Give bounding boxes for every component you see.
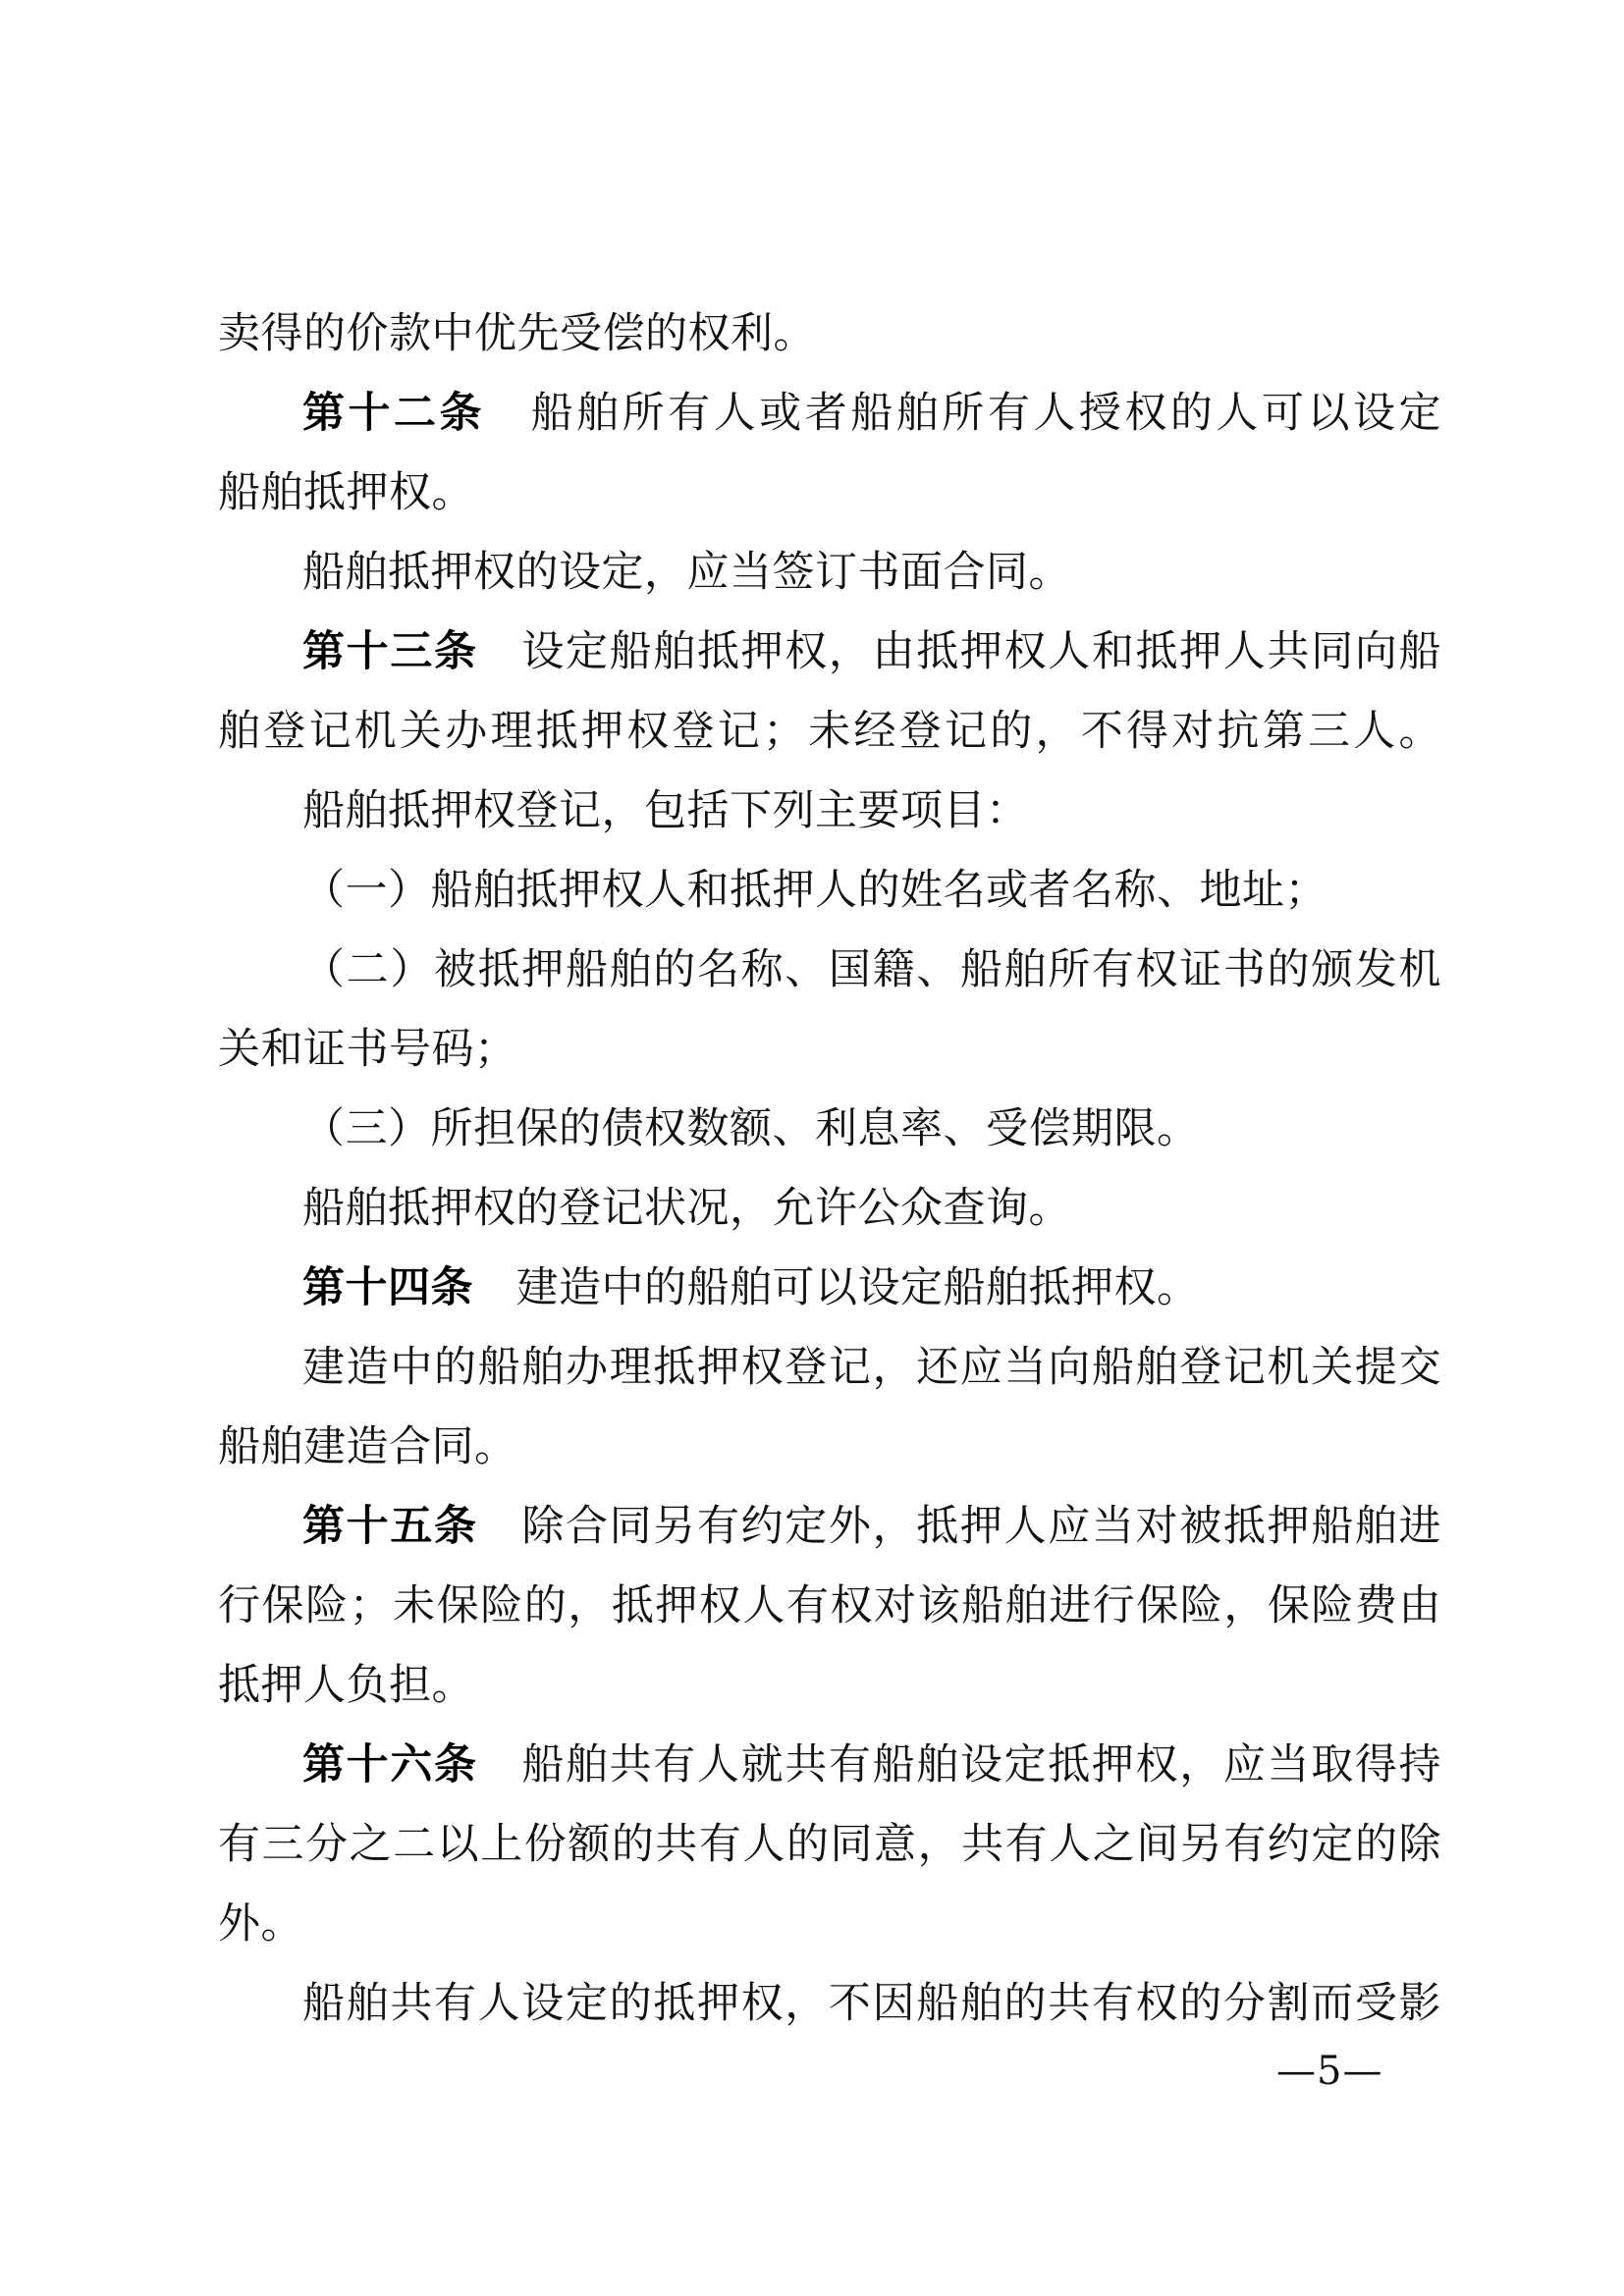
text-line: 舶登记机关办理抵押权登记；未经登记的，不得对抗第三人。 [218, 692, 1441, 772]
line-text: 船舶共有人设定的抵押权，不因船舶的共有权的分割而受影 [302, 1979, 1441, 2028]
text-line: 抵押人负担。 [218, 1646, 1441, 1726]
line-text: 船舶建造合同。 [218, 1422, 517, 1471]
text-line: 船舶共有人设定的抵押权，不因船舶的共有权的分割而受影 [218, 1964, 1441, 2044]
article-start-line: 第十四条 建造中的船舶可以设定船舶抵押权。 [218, 1249, 1441, 1328]
article-number: 第十五条 [302, 1502, 478, 1551]
line-text: 设定船舶抵押权，由抵押权人和抵押人共同向船 [521, 627, 1441, 676]
line-text: 行保险；未保险的，抵押权人有权对该船舶进行保险，保险费由 [218, 1581, 1441, 1630]
article-start-line: 第十二条 船舶所有人或者船舶所有人授权的人可以设定 [218, 374, 1441, 454]
line-text: 船舶共有人就共有船舶设定抵押权，应当取得持 [521, 1740, 1441, 1789]
line-text: 舶登记机关办理抵押权登记；未经登记的，不得对抗第三人。 [218, 707, 1441, 756]
text-line: 有三分之二以上份额的共有人的同意，共有人之间另有约定的除 [218, 1805, 1441, 1885]
article-number: 第十三条 [302, 627, 478, 676]
line-text: 除合同另有约定外，抵押人应当对被抵押船舶进 [521, 1502, 1441, 1551]
line-text: 抵押人负担。 [218, 1661, 474, 1710]
line-text: （二）被抵押船舶的名称、国籍、船舶所有权证书的颁发机 [302, 945, 1441, 994]
text-line: 外。 [218, 1885, 1441, 1964]
line-text: 建造中的船舶可以设定船舶抵押权。 [516, 1263, 1200, 1312]
line-text: 卖得的价款中优先受偿的权利。 [218, 309, 816, 358]
document-page: 卖得的价款中优先受偿的权利。第十二条 船舶所有人或者船舶所有人授权的人可以设定船… [0, 0, 1624, 2296]
page-number: —5— [1276, 2048, 1443, 2095]
line-text: 船舶抵押权的设定，应当签订书面合同。 [302, 548, 1071, 597]
article-number: 第十六条 [302, 1740, 478, 1789]
article-number: 第十二条 [302, 389, 485, 438]
article-start-line: 第十五条 除合同另有约定外，抵押人应当对被抵押船舶进 [218, 1487, 1441, 1567]
text-line: 船舶建造合同。 [218, 1408, 1441, 1487]
line-text: 船舶抵押权登记，包括下列主要项目： [302, 786, 1029, 835]
line-text: （三）所担保的债权数额、利息率、受偿期限。 [302, 1104, 1200, 1153]
text-line: 船舶抵押权的设定，应当签订书面合同。 [218, 533, 1441, 613]
article-start-line: 第十六条 船舶共有人就共有船舶设定抵押权，应当取得持 [218, 1726, 1441, 1805]
line-text: 关和证书号码； [218, 1025, 517, 1074]
text-line: 船舶抵押权的登记状况，允许公众查询。 [218, 1169, 1441, 1249]
text-line: （一）船舶抵押权人和抵押人的姓名或者名称、地址； [218, 851, 1441, 931]
document-body: 卖得的价款中优先受偿的权利。第十二条 船舶所有人或者船舶所有人授权的人可以设定船… [218, 294, 1441, 2044]
line-text: （一）船舶抵押权人和抵押人的姓名或者名称、地址； [302, 866, 1327, 915]
text-line: （二）被抵押船舶的名称、国籍、船舶所有权证书的颁发机 [218, 931, 1441, 1010]
text-line: 关和证书号码； [218, 1010, 1441, 1090]
text-line: 卖得的价款中优先受偿的权利。 [218, 294, 1441, 374]
line-text: 建造中的船舶办理抵押权登记，还应当向船舶登记机关提交 [302, 1343, 1441, 1392]
text-line: 行保险；未保险的，抵押权人有权对该船舶进行保险，保险费由 [218, 1567, 1441, 1646]
line-text: 外。 [218, 1899, 303, 1949]
line-text: 船舶所有人或者船舶所有人授权的人可以设定 [531, 389, 1441, 438]
text-line: 建造中的船舶办理抵押权登记，还应当向船舶登记机关提交 [218, 1328, 1441, 1408]
text-line: （三）所担保的债权数额、利息率、受偿期限。 [218, 1090, 1441, 1169]
article-start-line: 第十三条 设定船舶抵押权，由抵押权人和抵押人共同向船 [218, 613, 1441, 692]
text-line: 船舶抵押权。 [218, 454, 1441, 533]
article-number: 第十四条 [302, 1263, 473, 1312]
line-text: 船舶抵押权的登记状况，允许公众查询。 [302, 1184, 1071, 1233]
text-line: 船舶抵押权登记，包括下列主要项目： [218, 772, 1441, 851]
line-text: 有三分之二以上份额的共有人的同意，共有人之间另有约定的除 [218, 1820, 1441, 1869]
line-text: 船舶抵押权。 [218, 468, 474, 517]
